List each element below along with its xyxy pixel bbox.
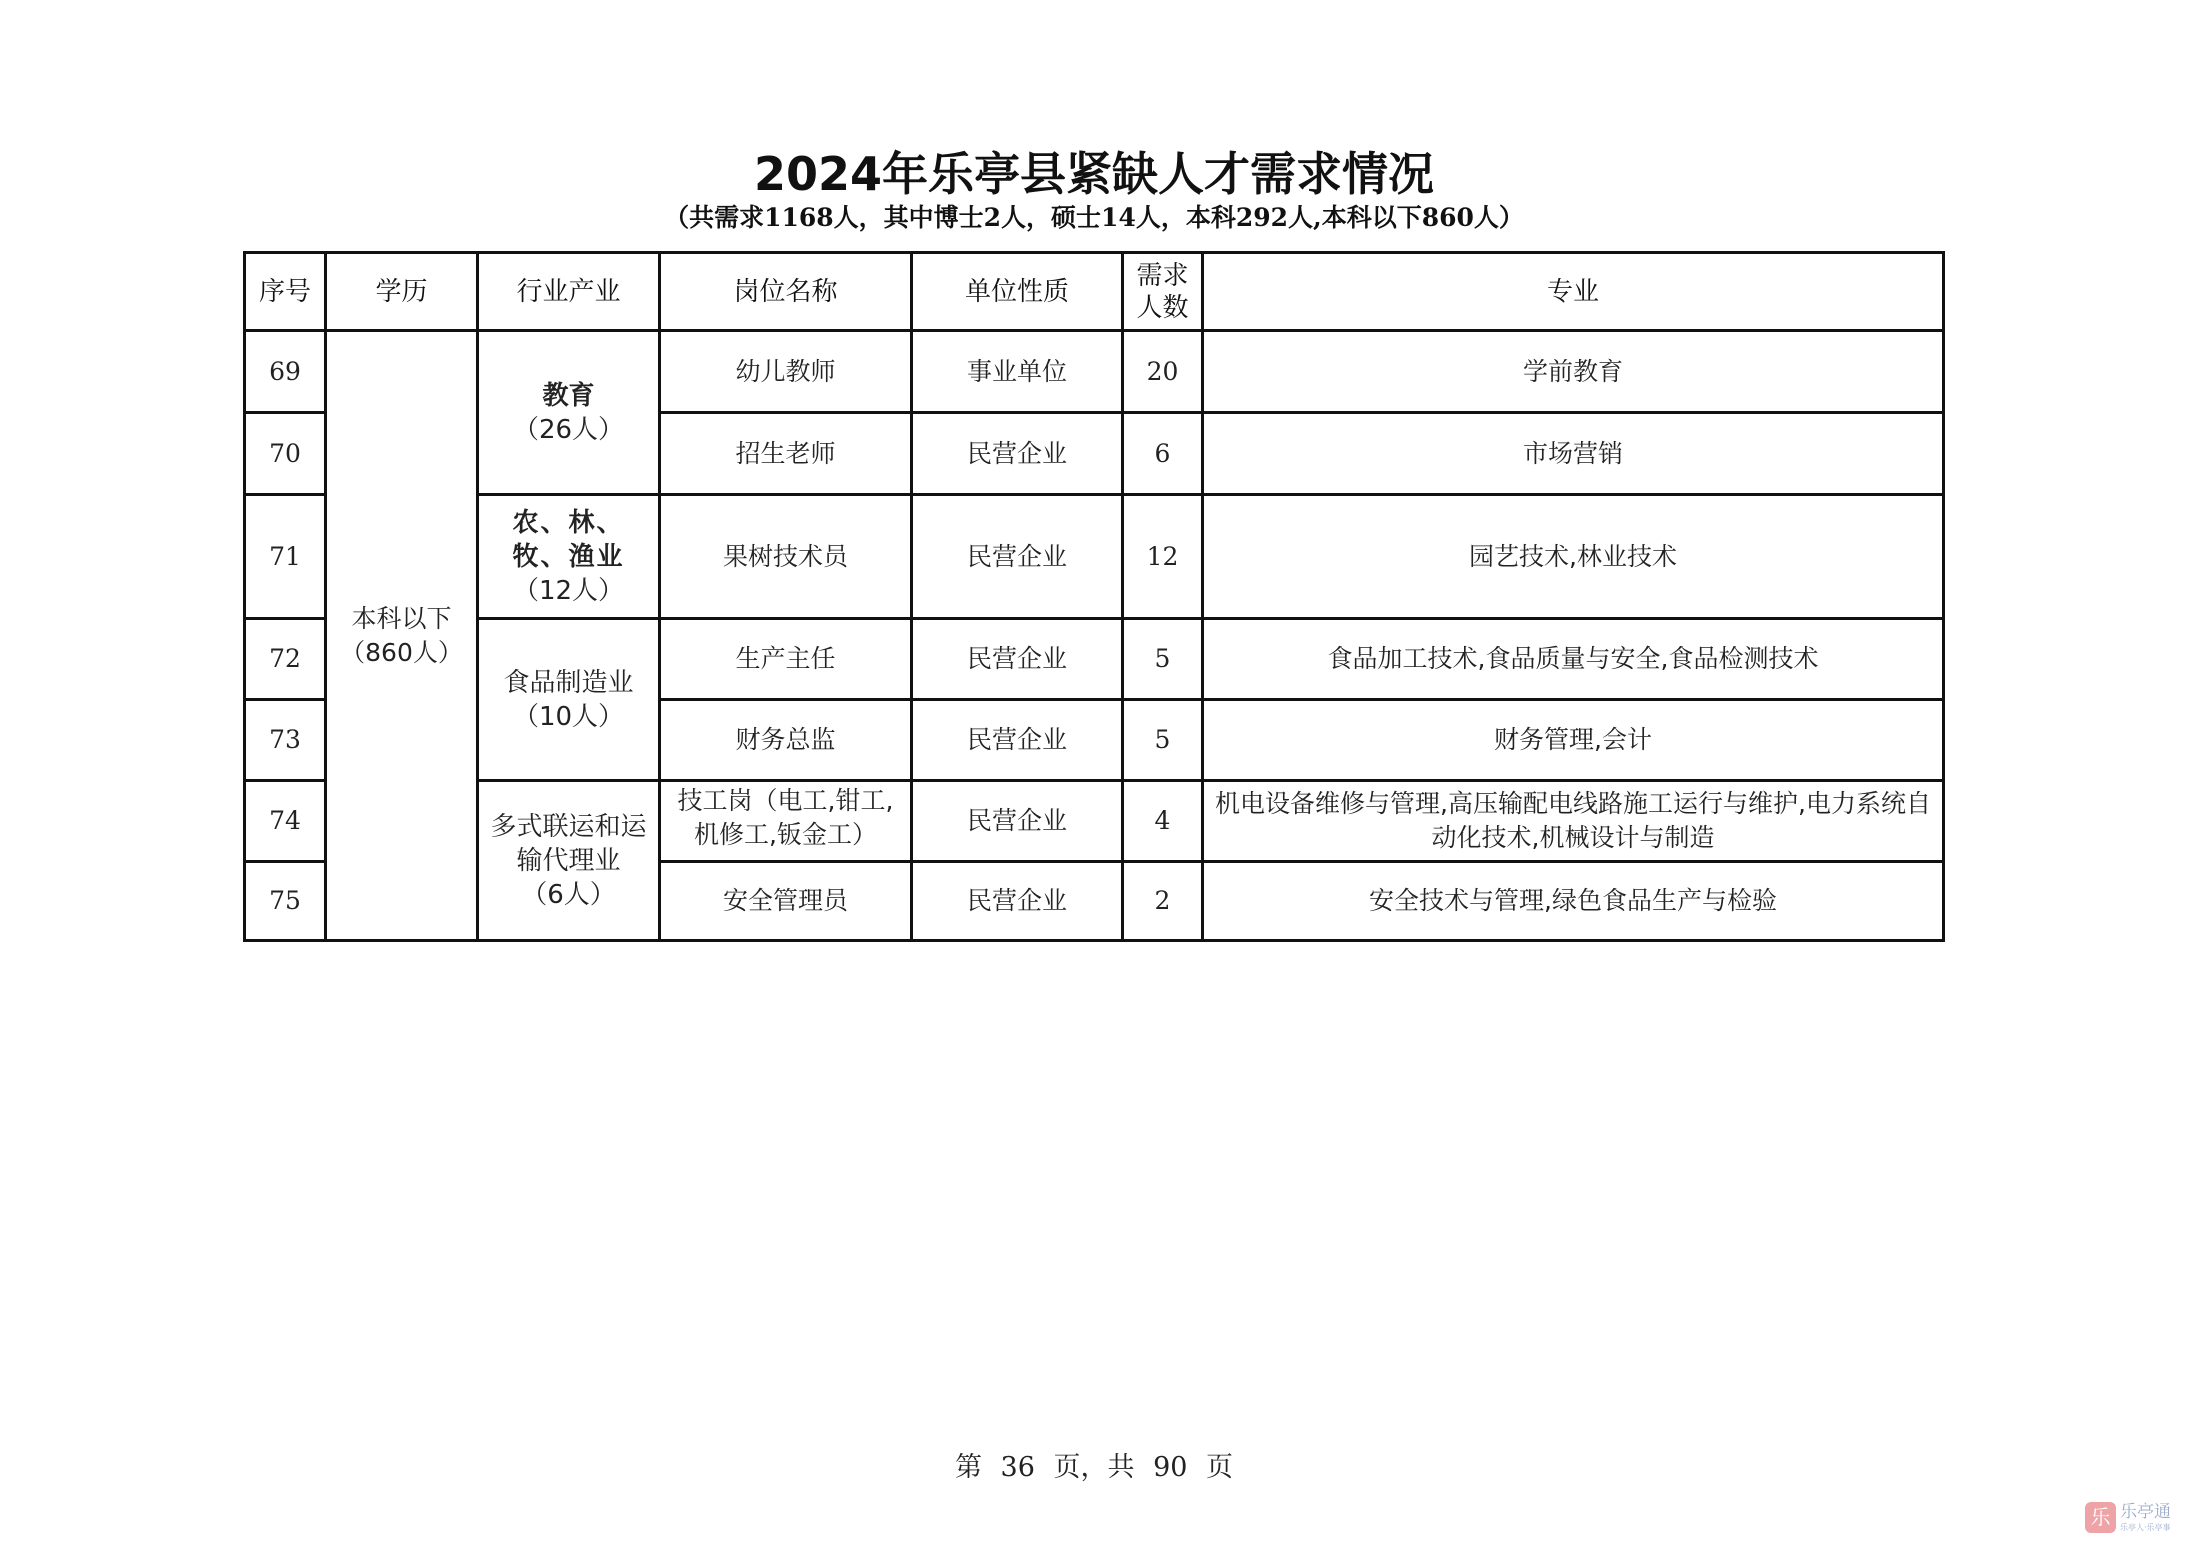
industry-count: （10人） <box>485 700 652 734</box>
header-demand-line2: 人数 <box>1124 292 1201 324</box>
document-title: 2024年乐亭县紧缺人才需求情况 <box>0 146 2188 202</box>
education-count: （860人） <box>333 636 470 670</box>
cell-industry-education: 教育 （26人） <box>478 331 660 495</box>
header-position: 岗位名称 <box>660 253 912 331</box>
education-label: 本科以下 <box>333 602 470 636</box>
cell-industry-food: 食品制造业 （10人） <box>478 619 660 781</box>
industry-name: 教育 <box>485 379 652 413</box>
watermark-logo-icon: 乐 <box>2085 1502 2116 1533</box>
table-row: 72 食品制造业 （10人） 生产主任 民营企业 5 食品加工技术,食品质量与安… <box>245 619 1944 700</box>
document-subtitle: （共需求1168人，其中博士2人，硕士14人，本科292人,本科以下860人） <box>0 200 2188 236</box>
cell-unit-type: 民营企业 <box>912 862 1123 941</box>
cell-unit-type: 事业单位 <box>912 331 1123 413</box>
cell-position: 生产主任 <box>660 619 912 700</box>
cell-demand: 12 <box>1123 495 1203 619</box>
talent-demand-table: 序号 学历 行业产业 岗位名称 单位性质 需求 人数 专业 69 本科以下 （8… <box>243 251 1945 942</box>
cell-demand: 6 <box>1123 413 1203 495</box>
cell-position: 果树技术员 <box>660 495 912 619</box>
watermark-name: 乐亭通 <box>2120 1503 2171 1521</box>
table-row: 69 本科以下 （860人） 教育 （26人） 幼儿教师 事业单位 20 学前教… <box>245 331 1944 413</box>
header-education: 学历 <box>326 253 478 331</box>
cell-demand: 5 <box>1123 619 1203 700</box>
cell-unit-type: 民营企业 <box>912 781 1123 862</box>
industry-count: （6人） <box>485 878 652 912</box>
cell-demand: 4 <box>1123 781 1203 862</box>
cell-seq: 74 <box>245 781 326 862</box>
cell-industry-logistics: 多式联运和运输代理业 （6人） <box>478 781 660 941</box>
page-number: 第 36 页，共 90 页 <box>0 1448 2188 1488</box>
industry-name: 多式联运和运输代理业 <box>485 810 652 878</box>
cell-unit-type: 民营企业 <box>912 495 1123 619</box>
cell-unit-type: 民营企业 <box>912 700 1123 781</box>
cell-major: 市场营销 <box>1203 413 1944 495</box>
cell-industry-agriculture: 农、林、牧、渔业 （12人） <box>478 495 660 619</box>
cell-demand: 2 <box>1123 862 1203 941</box>
header-unit-type: 单位性质 <box>912 253 1123 331</box>
cell-position: 招生老师 <box>660 413 912 495</box>
position-text: 技工岗（电工,钳工,机修工,钣金工） <box>671 784 900 859</box>
header-demand-line1: 需求 <box>1124 260 1201 292</box>
table-row: 71 农、林、牧、渔业 （12人） 果树技术员 民营企业 12 园艺技术,林业技… <box>245 495 1944 619</box>
cell-position: 幼儿教师 <box>660 331 912 413</box>
cell-education-group: 本科以下 （860人） <box>326 331 478 941</box>
table-row: 74 多式联运和运输代理业 （6人） 技工岗（电工,钳工,机修工,钣金工） 民营… <box>245 781 1944 862</box>
cell-major: 财务管理,会计 <box>1203 700 1944 781</box>
cell-position: 技工岗（电工,钳工,机修工,钣金工） <box>660 781 912 862</box>
industry-count: （12人） <box>489 574 648 608</box>
cell-seq: 75 <box>245 862 326 941</box>
cell-position: 财务总监 <box>660 700 912 781</box>
cell-unit-type: 民营企业 <box>912 619 1123 700</box>
cell-seq: 73 <box>245 700 326 781</box>
cell-major: 食品加工技术,食品质量与安全,食品检测技术 <box>1203 619 1944 700</box>
cell-major: 安全技术与管理,绿色食品生产与检验 <box>1203 862 1944 941</box>
header-seq: 序号 <box>245 253 326 331</box>
header-major: 专业 <box>1203 253 1944 331</box>
industry-name: 食品制造业 <box>485 666 652 700</box>
watermark: 乐 乐亭通 乐亭人·乐亭事 <box>2085 1502 2185 1538</box>
cell-major: 机电设备维修与管理,高压输配电线路施工运行与维护,电力系统自动化技术,机械设计与… <box>1203 781 1944 862</box>
cell-demand: 5 <box>1123 700 1203 781</box>
industry-count: （26人） <box>485 413 652 447</box>
cell-major: 学前教育 <box>1203 331 1944 413</box>
cell-seq: 70 <box>245 413 326 495</box>
cell-seq: 71 <box>245 495 326 619</box>
cell-position: 安全管理员 <box>660 862 912 941</box>
header-demand: 需求 人数 <box>1123 253 1203 331</box>
cell-seq: 72 <box>245 619 326 700</box>
industry-name: 农、林、牧、渔业 <box>489 506 648 574</box>
header-industry: 行业产业 <box>478 253 660 331</box>
cell-major: 园艺技术,林业技术 <box>1203 495 1944 619</box>
cell-unit-type: 民营企业 <box>912 413 1123 495</box>
cell-demand: 20 <box>1123 331 1203 413</box>
watermark-tagline: 乐亭人·乐亭事 <box>2120 1523 2171 1532</box>
cell-seq: 69 <box>245 331 326 413</box>
header-row: 序号 学历 行业产业 岗位名称 单位性质 需求 人数 专业 <box>245 253 1944 331</box>
